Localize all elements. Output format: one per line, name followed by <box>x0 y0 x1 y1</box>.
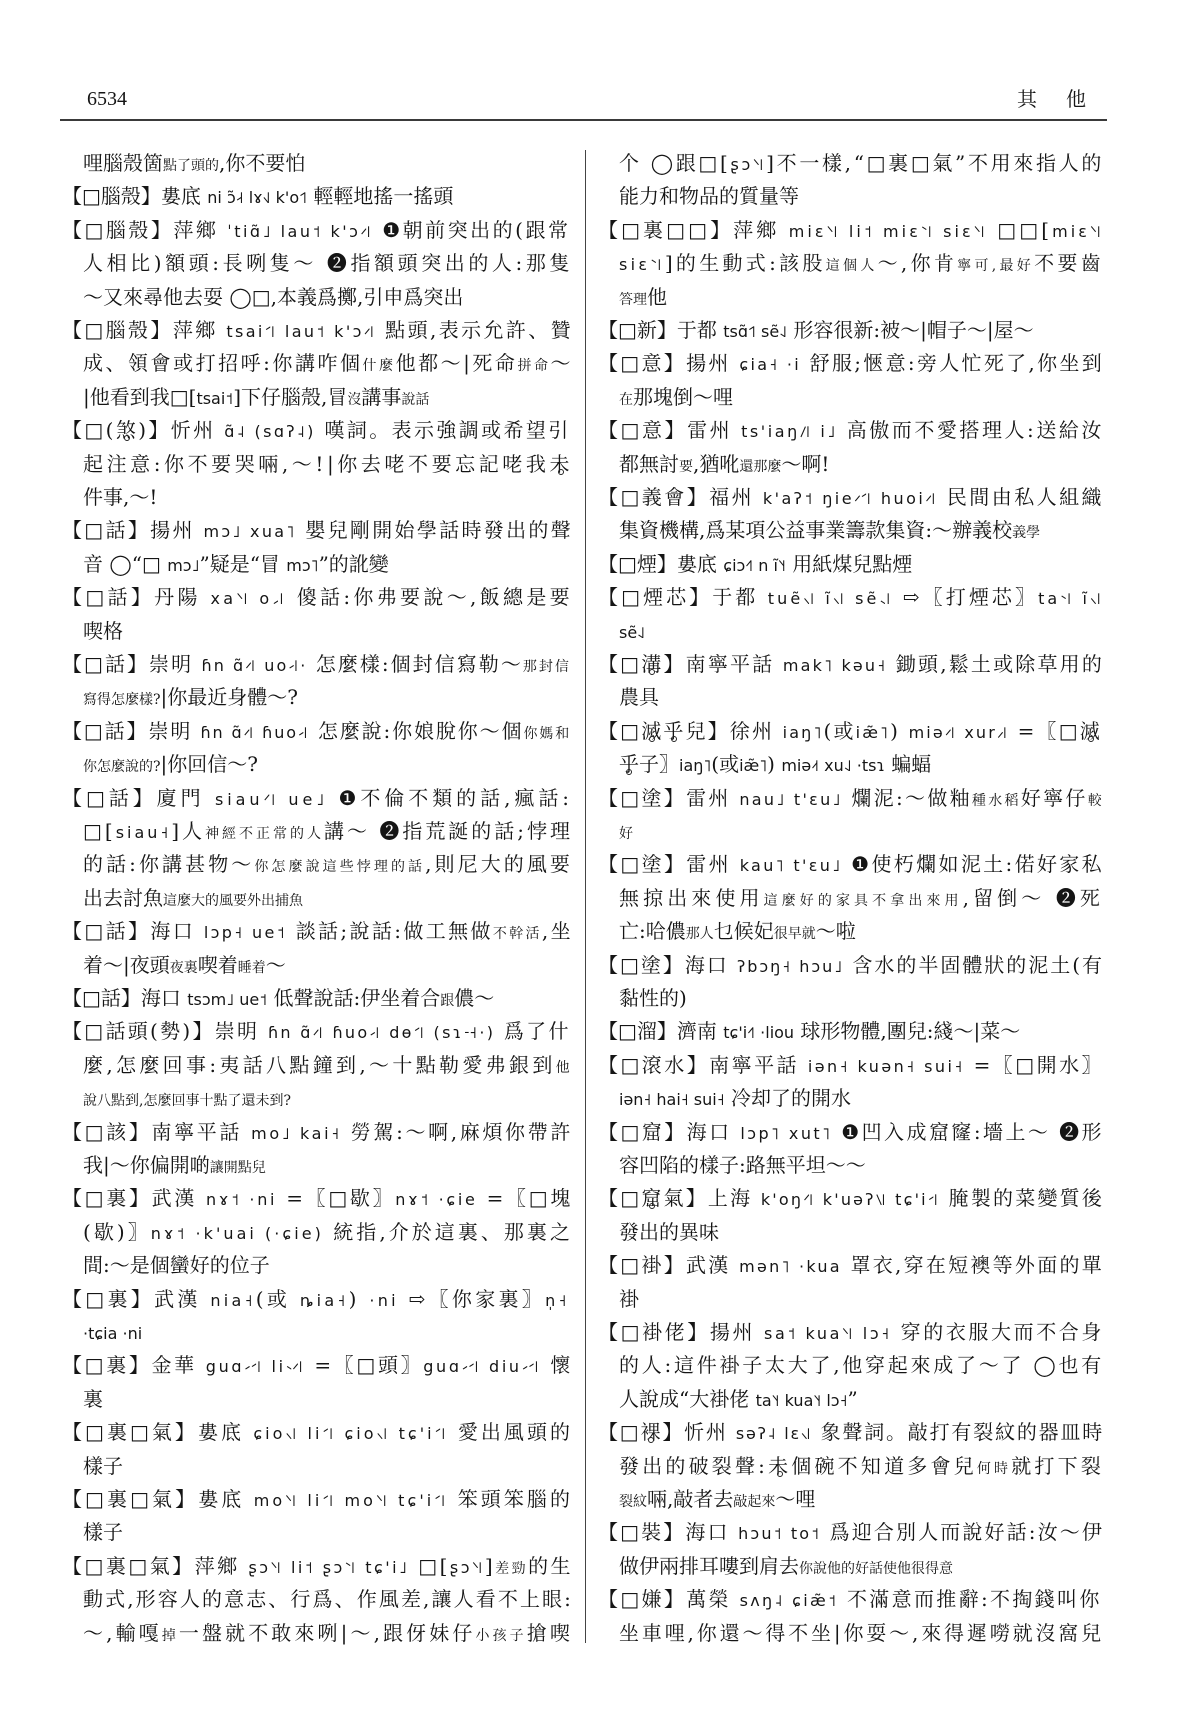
phonetic-transcription: nɤ˦ ·ni <box>206 1190 277 1209</box>
line-content: 在那塊倒～哩 <box>619 381 733 417</box>
entry-text: 成、領會或打招呼:你講咋個 <box>83 351 363 375</box>
phonetic-transcription: mo˩ kai˧ <box>251 1124 342 1143</box>
entry-line: 【□裏】金華 guɑ˨˧˦ li˧˨˦ =〖□頭〗guɑ˨˧˦ diu˨˧˦ 懷 <box>62 1349 573 1382</box>
line-content: 【□塗】雷州 kau˥ t'ɛu˩ ❶使朽爛如泥土:偌好家私 <box>598 848 1104 882</box>
entry-text: 那塊倒～哩 <box>633 385 733 409</box>
entry-continuation-line: 動式,形容人的意志、行爲、作風差,讓人看不上眼: <box>62 1583 573 1616</box>
entry-text: 乜候妃 <box>714 919 774 943</box>
line-content: 【□裸】忻州 səʔ˨ lɛ˧˩ 象聲詞。敲打有裂紋的器皿時 <box>598 1416 1104 1450</box>
entry-text: 哩腦殼箇 <box>83 151 163 175</box>
line-content: 【□滾水】南寧平話 iən˧ kuən˧ sui˧ =〖□開水〗 <box>598 1049 1104 1083</box>
phonetic-transcription: ʂɔ˥˧ <box>730 155 766 174</box>
entry-text: 怎麼說:你娘脫你～個 <box>310 719 524 743</box>
entry-text: 搶喫 <box>527 1621 573 1645</box>
entry-text: 的話:你講甚物～ <box>83 852 254 876</box>
line-content: 【□褂佬】揚州 sa˦ kua˥˧ lɔ˧ 穿的衣服大而不合身 <box>598 1316 1104 1350</box>
line-content: 坐車哩,你還～得不坐|你耍～,來得遲嘮就沒窩兒 <box>619 1617 1104 1650</box>
entry-text: 兒】徐州 <box>686 719 783 743</box>
ring-marked-character: 滅 <box>641 719 663 743</box>
entry-line: 【□腦殼】萍鄉 tsai˦˥ lau˦ k'ɔ˨˦ 點頭,表示允許、贊 <box>62 314 573 347</box>
phonetic-transcription: ɑ̃˨ (sɑʔ˨) <box>224 422 316 441</box>
entry-continuation-line: 寫得怎麼樣?|你最近身體～? <box>62 681 573 714</box>
line-content: 【□裏】武漢 nia˧(或 ȵia˧) ·ni ⇨〖你家裏〗n̩˧ <box>62 1283 570 1317</box>
entry-continuation-line: 容凹陷的樣子:路無平坦～～ <box>598 1149 1104 1182</box>
entry-text: (或 <box>256 1287 300 1311</box>
line-content: 着～|夜頭夜裏喫着睡着～ <box>83 949 286 985</box>
entry-continuation-line: 的人:這件褂子太大了,他穿起來成了～了 ◯也有 <box>598 1349 1104 1382</box>
entry-text: 【□ <box>598 1420 641 1444</box>
line-content: 麼,怎麼回事:夷話八點鐘到,～十點勒愛弗銀到他 <box>83 1049 573 1085</box>
line-content: 動式,形容人的意志、行爲、作風差,讓人看不上眼: <box>83 1583 573 1616</box>
section-title: 其他 <box>1017 88 1115 110</box>
phonetic-transcription: iaŋ˥ <box>783 723 824 742</box>
entry-continuation-line: 樣子 <box>62 1516 573 1549</box>
entry-continuation-line: 成、領會或打招呼:你講咋個什麼他都～|死命拼命～ <box>62 347 573 380</box>
line-content: 【□話】海口 tsɔm˩ ue˦ 低聲說話:伊坐着合跟儂～ <box>62 982 494 1018</box>
entry-line: 【□褂】武漢 mən˥ ·kua 罩衣,穿在短襖等外面的單 <box>598 1249 1104 1282</box>
phonetic-transcription: miə˨˦ xur˩˧ <box>909 723 1010 742</box>
phonetic-transcription: kau˥ t'ɛu˩ <box>740 856 843 875</box>
entry-text: 的人:這件褂子太大了,他穿起來成了～了 ◯也有 <box>619 1353 1104 1377</box>
phonetic-transcription: ʂɔ˥˧ <box>450 1558 485 1577</box>
entry-line: 【□裝】海口 hɔu˦ to˦ 爲迎合別人而說好話:汝～伊 <box>598 1516 1104 1549</box>
ring-marked-character: 滅 <box>1080 719 1102 743</box>
entry-text: 【□腦殼】萍鄉 <box>62 218 227 242</box>
entry-text: ]人 <box>171 819 205 843</box>
phonetic-transcription: mɔ˩ <box>167 556 199 575</box>
entry-line: 【□窟氣】上海 k'oŋ˧˥ k'uəʔ˥˩ tɕ'i˧˦ 腌製的菜變質後 <box>598 1182 1104 1215</box>
entry-line: 【□意】揚州 ɕia˧ ·i 舒服;愜意:旁人忙死了,你坐到 <box>598 347 1104 380</box>
line-content: 集資機構,爲某項公益事業籌款集資:～辦義校義學 <box>619 514 1040 550</box>
phonetic-transcription: iæ̃˥ <box>856 723 891 742</box>
line-content: 【□裏】武漢 nɤ˦ ·ni =〖□歇〗nɤ˦ ·ɕie =〖□塊 <box>62 1182 573 1216</box>
entry-line: 【□義會】福州 k'aʔ˦ ŋie˨˦˥ huoi˨˦ 民間由私人組織 <box>598 481 1104 514</box>
entry-text: )】忻州 <box>138 418 224 442</box>
entry-text: 形容很新:被～|帽子～|屋～ <box>787 318 1034 342</box>
gloss-text: 在 <box>619 392 633 408</box>
phonetic-transcription: iən˧ kuən˧ sui˧ <box>808 1057 965 1076</box>
gloss-text: 掉 <box>162 1628 179 1644</box>
entry-text: 【□塗】雷州 <box>598 852 740 876</box>
entry-continuation-line: 裏 <box>62 1383 573 1416</box>
entry-text: 好寧仔 <box>1021 786 1088 810</box>
line-content: 【□裏□氣】婁底 mo˥˧ li˦˥ mo˥˧ tɕ'i˦˥ 笨頭笨腦的 <box>62 1483 573 1517</box>
entry-text: 愛出風頭的 <box>449 1420 573 1444</box>
entry-text: 【□話頭(勢)】崇明 <box>62 1019 268 1043</box>
entry-text: 樣子 <box>83 1520 123 1544</box>
entry-continuation-line: 哩腦殼箇點了頭的,你不要怕 <box>62 147 573 180</box>
line-content: 【□話】崇明 ɦn ɑ̃˨˦ ɦuo˨˧ 怎麼說:你娘脫你～個你媽和 <box>62 715 571 751</box>
gloss-text: 你怎麼說的? <box>83 759 161 775</box>
entry-continuation-line: 人相比)額頭:長咧隻～ ❷指額頭突出的人:那隻 <box>62 247 573 280</box>
entry-text: ～,你肯 <box>878 251 958 275</box>
entry-text: 我|～你偏開啲 <box>83 1153 210 1177</box>
entry-text: 【□裏□氣】萍鄉 <box>62 1554 248 1578</box>
ring-marked-character: 溝 <box>641 652 663 676</box>
line-content: 音 ◯“□ mɔ˩”疑是“冒 mɔ˥”的訛變 <box>83 548 389 582</box>
entry-text: ～又來尋他去耍 ◯□,本義爲擲,引申爲突出 <box>83 285 463 309</box>
line-content: 乎子〗iaŋ˥(或iæ̃˥) miə˨˦ xu˨˩ ·tsɿ 蝙蝠 <box>619 748 931 782</box>
entry-continuation-line: ～又來尋他去耍 ◯□,本義爲擲,引申爲突出 <box>62 281 573 314</box>
ring-marked-character: 未 <box>768 1454 791 1478</box>
phonetic-transcription: ɕiɔ˧˥ n ĩ˥˧ <box>723 556 786 575</box>
line-content: 農具 <box>619 681 659 714</box>
line-content: 【□裏】金華 guɑ˨˧˦ li˧˨˦ =〖□頭〗guɑ˨˧˦ diu˨˧˦ 懷 <box>62 1349 573 1383</box>
phonetic-transcription: ˈtiɑ̃˩ lau˦ k'ɔ˨˦ <box>227 222 373 241</box>
phonetic-transcription: ni ɔ̃˨˧ lɤ˧˩ k'o˦˥ <box>207 188 307 207</box>
entry-text: ,則尼大的風要 <box>425 852 573 876</box>
entry-line: 【□腦殼】萍鄉 ˈtiɑ̃˩ lau˦ k'ɔ˨˦ ❶朝前突出的(跟常 <box>62 214 573 247</box>
gloss-text: 夜裏 <box>170 960 198 976</box>
entry-text: =〖□開水〗 <box>965 1053 1104 1077</box>
line-content: 【□窟氣】上海 k'oŋ˧˥ k'uəʔ˥˩ tɕ'i˧˦ 腌製的菜變質後 <box>598 1182 1104 1216</box>
line-content: 容凹陷的樣子:路無平坦～～ <box>619 1149 866 1182</box>
line-content: iən˧ hai˧ sui˧ 冷却了的開水 <box>619 1082 851 1116</box>
entry-text: 氣】上海 <box>664 1186 761 1210</box>
gloss-text: 要 <box>679 459 693 475</box>
entry-continuation-line: 坐車哩,你還～得不坐|你耍～,來得遲嘮就沒窩兒 <box>598 1617 1104 1650</box>
entry-text: 不滿意而推辭:不掏錢叫你 <box>838 1587 1101 1611</box>
entry-line: 【□裸】忻州 səʔ˨ lɛ˧˩ 象聲詞。敲打有裂紋的器皿時 <box>598 1416 1104 1449</box>
ring-marked-character: 裸 <box>641 1420 663 1444</box>
line-content: 【□溜】濟南 tɕ'i˧˥ ·liou 球形物體,團兒:綫～|菜～ <box>598 1015 1020 1049</box>
phonetic-transcription: ɕio˧˩ li˦˥ ɕio˧˩ tɕ'i˦˥ <box>253 1424 448 1443</box>
entry-text: ❶凹入成窟窿:墻上～ ❷形 <box>832 1120 1104 1144</box>
phonetic-transcription: ʔbɔŋ˧ hɔu˩ <box>737 957 844 976</box>
phonetic-transcription: hɔu˦ to˦ <box>738 1524 821 1543</box>
line-content: 裂紋啢,敲者去敲起來～哩 <box>619 1483 815 1519</box>
phonetic-transcription: sʌŋ˨ ɕiæ̃˦ <box>740 1591 839 1610</box>
gloss-text: 點了頭的 <box>163 158 219 174</box>
line-content: 【□嫌】萬榮 sʌŋ˨ ɕiæ̃˦ 不滿意而推辭:不掏錢叫你 <box>598 1583 1102 1617</box>
phonetic-transcription: nia˧ <box>210 1291 255 1310</box>
phonetic-transcription: miɛ˥˧ <box>1052 222 1104 241</box>
entry-text: 【□裝】海口 <box>598 1520 738 1544</box>
entry-text: 【□意】揚州 <box>598 351 739 375</box>
gloss-text: 裂紋 <box>619 1494 647 1510</box>
phonetic-transcription: ɦn ɑ̃˨˦ ɦuo˨˧ dɵ˦˥ (sɿ˧˧·) <box>268 1023 495 1042</box>
phonetic-transcription: ɦn ɑ̃˨˦ ɦuo˨˧ <box>200 723 309 742</box>
entry-text: 傻話:你弗要說～,飯總是要 <box>287 585 573 609</box>
entry-text: 講～ ❷指荒誕的話;悖理 <box>324 819 573 843</box>
line-content: 喫格 <box>83 615 123 648</box>
phonetic-transcription: tuẽ˧˩ ĩ˧˩ sẽ˨˩ <box>768 589 894 608</box>
line-content: 【□裏□氣】萍鄉 ʂɔ˥˧ li˦ ʂɔ˥˦ tɕ'i˩ □[ʂɔ˥˧]差勁的生 <box>62 1550 573 1586</box>
phonetic-transcription: ts'iaŋ˩˥ i˩ <box>741 422 838 441</box>
entry-continuation-line: 都無討要,猶吪還那麼～啊! <box>598 448 1104 481</box>
line-content: 【□話】崇明 ɦn ɑ̃˨˦ uo˨˧· 怎麼樣:個封信寫勒～那封信 <box>62 648 571 684</box>
line-content: 【□塗】海口 ʔbɔŋ˧ hɔu˩ 含水的半固體狀的泥土(有 <box>598 949 1104 983</box>
line-content: 寫得怎麼樣?|你最近身體～? <box>83 681 298 717</box>
entry-text: 懷 <box>541 1353 573 1377</box>
gloss-text: 不幹活 <box>493 926 542 942</box>
line-content: 人相比)額頭:長咧隻～ ❷指額頭突出的人:那隻 <box>83 247 573 280</box>
entry-text: ) <box>767 752 781 776</box>
entry-text: 【□滾水】南寧平話 <box>598 1053 808 1077</box>
entry-text: ]的生動式:該股 <box>665 251 826 275</box>
phonetic-transcription: siɛ˥˦ <box>619 255 665 274</box>
line-content: 能力和物品的質量等 <box>619 180 799 213</box>
line-content: 樣子 <box>83 1450 123 1483</box>
line-content: 【□意】揚州 ɕia˧ ·i 舒服;愜意:旁人忙死了,你坐到 <box>598 347 1104 381</box>
entry-text: 的生 <box>528 1554 573 1578</box>
entry-text: 用紙煤兒點煙 <box>786 552 912 576</box>
gloss-text: 讓開點兒 <box>210 1160 266 1176</box>
gloss-text: 這麼好的家具不拿出來用 <box>764 893 963 909</box>
gloss-text: 種水稻 <box>972 793 1021 809</box>
line-content: siɛ˥˦]的生動式:該股這個人～,你肯寧可,最好不要齒 <box>619 247 1104 283</box>
line-content: 【□話】丹陽 xa˥˧ o˩˨ 傻話:你弗要說～,飯總是要 <box>62 581 573 615</box>
entry-line: 【□滾水】南寧平話 iən˧ kuən˧ sui˧ =〖□開水〗 <box>598 1049 1104 1082</box>
gloss-text: 你說他的好話使他很得意 <box>799 1561 953 1577</box>
entry-line: 【□煙芯】于都 tuẽ˧˩ ĩ˧˩ sẽ˨˩ ⇨〖打煙芯〗ta˦˧ ĩ˧˩ <box>598 581 1104 614</box>
line-content: sẽ˨˩ <box>619 615 645 649</box>
entry-text: 笨頭笨腦的 <box>448 1487 573 1511</box>
entry-text: 個碗不知道多會兒 <box>791 1454 977 1478</box>
phonetic-transcription: ·ni <box>369 1291 399 1310</box>
phonetic-transcription: səʔ˨ lɛ˧˩ <box>736 1424 813 1443</box>
phonetic-transcription: nɤ˦ ·ɕie <box>395 1190 477 1209</box>
phonetic-transcription: nau˩ t'ɛu˩ <box>739 790 842 809</box>
phonetic-transcription: ta˦˧ ĩ˧˩ <box>1038 589 1104 608</box>
entry-text: 件事,～! <box>83 485 157 509</box>
entry-continuation-line: (歇)〗nɤ˦ ·k'uai (·ɕie) 統指,介於這裏、那裏之 <box>62 1216 573 1249</box>
line-content: 的話:你講甚物～你怎麼說這些悖理的話,則尼大的風要 <box>83 848 573 884</box>
entry-continuation-line: 人說成“大褂佬 ta˥˧ kua˥˧ lɔ˧” <box>598 1383 1104 1416</box>
entry-continuation-line: 農具 <box>598 681 1104 714</box>
entry-text: 【□腦殼】婁底 <box>62 184 207 208</box>
phonetic-transcription: lɔp˧ ue˦ <box>204 923 287 942</box>
entry-continuation-line: 答理他 <box>598 281 1104 314</box>
entry-continuation-line: 做伊兩排耳嘍到肩去你說他的好話使他很得意 <box>598 1550 1104 1583</box>
phonetic-transcription: k'oŋ˧˥ k'uəʔ˥˩ tɕ'i˧˦ <box>761 1190 940 1209</box>
entry-continuation-line: 能力和物品的質量等 <box>598 180 1104 213</box>
line-content: 【□裏□□】萍鄉 miɛ˥˧ li˦ miɛ˥˦ siɛ˥˧ □□[miɛ˥˧ <box>598 214 1104 248</box>
entry-text: 爲了什 <box>495 1019 571 1043</box>
gloss-text: 那人 <box>686 926 714 942</box>
line-content: 【□褂】武漢 mən˥ ·kua 罩衣,穿在短襖等外面的單 <box>598 1249 1104 1283</box>
entry-continuation-line: 裂紋啢,敲者去敲起來～哩 <box>598 1483 1104 1516</box>
entry-line: 【□意】雷州 ts'iaŋ˩˥ i˩ 高傲而不愛搭理人:送給汝 <box>598 414 1104 447</box>
entry-text: 爛泥:～做粙 <box>843 786 972 810</box>
phonetic-transcription: mɔ˥ <box>286 556 318 575</box>
entry-text: ❶朝前突出的(跟常 <box>373 218 570 242</box>
line-content: 【□(煞)】忻州 ɑ̃˨ (sɑʔ˨) 嘆詞。表示強調或希望引 <box>62 414 571 448</box>
entry-line: 【□滅乎兒】徐州 iaŋ˥(或iæ̃˥) miə˨˦ xur˩˧ =〖□滅 <box>598 715 1104 748</box>
entry-text: 勞駕:～啊,麻煩你帶許 <box>342 1120 573 1144</box>
entry-continuation-line: 好 <box>598 815 1104 848</box>
entry-text: 爲迎合別人而說好話:汝～伊 <box>821 1520 1104 1544</box>
entry-text: 人相比)額頭:長咧隻～ ❷指額頭突出的人:那隻 <box>83 251 573 275</box>
gloss-text: 較 <box>1088 793 1104 809</box>
entry-text: 穿的衣服大而不合身 <box>892 1320 1104 1344</box>
entry-text: ～啦 <box>816 919 856 943</box>
entry-continuation-line: 着～|夜頭夜裏喫着睡着～ <box>62 949 573 982</box>
entry-line: 【□話】廈門 siau˧˥ ue˩ ❶不倫不類的話,瘋話: <box>62 782 573 815</box>
entry-text: 亡:哈儂 <box>619 919 686 943</box>
entry-text: 【□話】崇明 <box>62 652 202 676</box>
phonetic-transcription: ·tɕia ·ni <box>83 1324 142 1343</box>
entry-text: ] <box>485 1554 495 1578</box>
phonetic-transcription: lɔp˥ xut˥ <box>740 1124 832 1143</box>
entry-continuation-line: 在那塊倒～哩 <box>598 381 1104 414</box>
phonetic-transcription: sa˦ kua˥˧ lɔ˧ <box>764 1324 892 1343</box>
entry-text: 【□話】廈門 <box>62 786 215 810</box>
entry-continuation-line: 黏性的) <box>598 982 1104 1015</box>
gloss-text: 差勁 <box>495 1561 528 1577</box>
entry-text: ]不一樣,“□裏□氣”不用來指人的 <box>766 151 1104 175</box>
entry-continuation-line: 起注意:你不要哭啢,～!|你去咾不要忘記咾我未 <box>62 448 573 481</box>
entry-text: 【□裏□□】萍鄉 <box>598 218 789 242</box>
entry-line: 【□裏□氣】萍鄉 ʂɔ˥˧ li˦ ʂɔ˥˦ tɕ'i˩ □[ʂɔ˥˧]差勁的生 <box>62 1550 573 1583</box>
entry-text: 動式,形容人的意志、行爲、作風差,讓人看不上眼: <box>83 1587 573 1611</box>
entry-text: 【□ <box>598 719 641 743</box>
line-content: ～又來尋他去耍 ◯□,本義爲擲,引申爲突出 <box>83 281 463 314</box>
ring-marked-character: 乎 <box>663 719 685 743</box>
entry-text: 啢,敲者去 <box>647 1487 733 1511</box>
entry-text: □[ <box>83 819 116 843</box>
entry-text: 【□褂佬】揚州 <box>598 1320 764 1344</box>
entry-text: ” <box>847 1387 857 1411</box>
line-content: |他看到我□[tsai˦]下仔腦殼,冒沒講事說話 <box>83 381 429 417</box>
entry-text: 【□裏□氣】婁底 <box>62 1487 254 1511</box>
line-content: 答理他 <box>619 281 667 317</box>
entry-text: 能力和物品的質量等 <box>619 184 799 208</box>
entry-text: 褂 <box>619 1287 639 1311</box>
entry-line: 【□新】于都 tsɑ̃˦˥ sẽ˨˩ 形容很新:被～|帽子～|屋～ <box>598 314 1104 347</box>
entry-text: 鋤頭,鬆土或除草用的 <box>887 652 1104 676</box>
entry-text: =〖□塊 <box>478 1186 573 1210</box>
gloss-text: 敲起來 <box>733 1494 775 1510</box>
phonetic-transcription: nɤ˦ ·k'uai (·ɕie) <box>151 1224 324 1243</box>
line-content: 起注意:你不要哭啢,～!|你去咾不要忘記咾我未 <box>83 448 573 481</box>
entry-text: |你最近身體～? <box>161 685 298 709</box>
line-content: 無掠出來使用這麼好的家具不拿出來用,留倒～ ❷死 <box>619 882 1104 918</box>
entry-text: 含水的半固體狀的泥土(有 <box>844 953 1104 977</box>
line-content: 【□腦殼】萍鄉 ˈtiɑ̃˩ lau˦ k'ɔ˨˦ ❶朝前突出的(跟常 <box>62 214 570 248</box>
line-content: 【□腦殼】萍鄉 tsai˦˥ lau˦ k'ɔ˨˦ 點頭,表示允許、贊 <box>62 314 573 348</box>
entry-text: ,留倒～ ❷死 <box>963 886 1104 910</box>
entry-line: 【□(煞)】忻州 ɑ̃˨ (sɑʔ˨) 嘆詞。表示強調或希望引 <box>62 414 573 447</box>
left-column: 哩腦殼箇點了頭的,你不要怕【□腦殼】婁底 ni ɔ̃˨˧ lɤ˧˩ k'o˦˥ … <box>62 147 573 1657</box>
line-content: 【□腦殼】婁底 ni ɔ̃˨˧ lɤ˧˩ k'o˦˥ 輕輕地搖一搖頭 <box>62 180 453 214</box>
entry-line: 【□話】丹陽 xa˥˧ o˩˨ 傻話:你弗要說～,飯總是要 <box>62 581 573 614</box>
phonetic-transcription: tsɔm˩ ue˦ <box>187 990 267 1009</box>
entry-text: 子〗 <box>639 752 679 776</box>
entry-text: 發出的破裂聲: <box>619 1454 768 1478</box>
entry-continuation-line: 發出的異味 <box>598 1216 1104 1249</box>
gloss-text: 這個人 <box>826 258 878 274</box>
ring-marked-character: 煞 <box>116 418 138 442</box>
entry-text: 黏性的) <box>619 986 687 1010</box>
page-number: 6534 <box>87 88 127 110</box>
entry-text: 都無討 <box>619 452 679 476</box>
entry-text: 冷却了的開水 <box>725 1086 851 1110</box>
entry-text: 間:～是個蠻好的位子 <box>83 1253 270 1277</box>
entry-text: 【□裏□氣】婁底 <box>62 1420 253 1444</box>
line-content: 好 <box>619 815 633 851</box>
phonetic-transcription: tsai˦˥ lau˦ k'ɔ˨˦ <box>226 322 376 341</box>
gloss-text: 拼命 <box>517 358 550 374</box>
phonetic-transcription: ta˥˧ kua˥˧ lɔ˧ <box>756 1391 848 1410</box>
entry-text: 喫着 <box>198 953 238 977</box>
entry-line: 【□溜】濟南 tɕ'i˧˥ ·liou 球形物體,團兒:綫～|菜～ <box>598 1015 1104 1048</box>
entry-line: 【□腦殼】婁底 ni ɔ̃˨˧ lɤ˧˩ k'o˦˥ 輕輕地搖一搖頭 <box>62 180 573 213</box>
entry-text: 怎麼樣:個封信寫勒～ <box>307 652 523 676</box>
entry-line: 【□話】崇明 ɦn ɑ̃˨˦ uo˨˧· 怎麼樣:個封信寫勒～那封信 <box>62 648 573 681</box>
entry-text: 罩衣,穿在短襖等外面的單 <box>842 1253 1104 1277</box>
entry-text: 【□褂】武漢 <box>598 1253 739 1277</box>
line-content: 【□煙】婁底 ɕiɔ˧˥ n ĩ˥˧ 用紙煤兒點煙 <box>598 548 912 582</box>
entry-continuation-line: 的話:你講甚物～你怎麼說這些悖理的話,則尼大的風要 <box>62 848 573 881</box>
entry-line: 【□話】揚州 mɔ˩ xua˥ 嬰兒剛開始學話時發出的聲 <box>62 514 573 547</box>
gloss-text: 那封信 <box>523 659 571 675</box>
phonetic-transcription: ʂɔ˥˧ li˦ ʂɔ˥˦ tɕ'i˩ <box>248 1558 409 1577</box>
entry-text: 點頭,表示允許、贊 <box>376 318 573 342</box>
entry-text: 【□煙芯】于都 <box>598 585 768 609</box>
entry-text: 【□裏】武漢 <box>62 1186 206 1210</box>
line-content: 發出的異味 <box>619 1216 719 1249</box>
entry-text: 民間由私人組織 <box>938 485 1104 509</box>
line-content: 成、領會或打招呼:你講咋個什麼他都～|死命拼命～ <box>83 347 573 383</box>
entry-text: 【□裏】金華 <box>62 1353 206 1377</box>
entry-text: ～ <box>550 351 573 375</box>
entry-continuation-line: 樣子 <box>62 1450 573 1483</box>
entry-text: 【□溜】濟南 <box>598 1019 723 1043</box>
line-content: 【□滅乎兒】徐州 iaŋ˥(或iæ̃˥) miə˨˦ xur˩˧ =〖□滅 <box>598 715 1102 749</box>
phonetic-transcription: siau˧˥ ue˩ <box>215 790 328 809</box>
entry-line: 【□話】海口 tsɔm˩ ue˦ 低聲說話:伊坐着合跟儂～ <box>62 982 573 1015</box>
entry-text: 裏 <box>83 1387 103 1411</box>
dictionary-page: 6534 其他 哩腦殼箇點了頭的,你不要怕【□腦殼】婁底 ni ɔ̃˨˧ lɤ˧… <box>0 0 1200 1724</box>
entry-text: =〖□歇〗 <box>277 1186 395 1210</box>
gloss-text: 還那麼 <box>739 459 781 475</box>
phonetic-transcription: iæ̃˥ <box>739 756 767 775</box>
line-content: 【□裏□氣】婁底 ɕio˧˩ li˦˥ ɕio˧˩ tɕ'i˦˥ 愛出風頭的 <box>62 1416 573 1450</box>
phonetic-transcription: iən˧ hai˧ sui˧ <box>619 1090 725 1109</box>
entry-line: 【□裏□氣】婁底 mo˥˧ li˦˥ mo˥˧ tɕ'i˦˥ 笨頭笨腦的 <box>62 1483 573 1516</box>
entry-text: 着～|夜頭 <box>83 953 170 977</box>
entry-text: =〖□ <box>1009 719 1080 743</box>
entry-line: 【□褂佬】揚州 sa˦ kua˥˧ lɔ˧ 穿的衣服大而不合身 <box>598 1316 1104 1349</box>
entry-continuation-line: 無掠出來使用這麼好的家具不拿出來用,留倒～ ❷死 <box>598 882 1104 915</box>
entry-continuation-line: 你怎麼說的?|你回信～? <box>62 748 573 781</box>
entry-text: ”的訛變 <box>319 552 389 576</box>
entry-text: 喫格 <box>83 619 123 643</box>
line-content: 說八點到,怎麼回事十點了還未到? <box>83 1082 291 1118</box>
entry-text: 就打下裂 <box>1011 1454 1104 1478</box>
ring-marked-character: 未 <box>549 452 573 476</box>
entry-text: ,坐 <box>542 919 573 943</box>
entry-text: 个 ◯跟□[ <box>619 151 730 175</box>
phonetic-transcription: mən˥ ·kua <box>739 1257 842 1276</box>
entry-text: 舒服;愜意:旁人忙死了,你坐到 <box>801 351 1104 375</box>
gloss-text: 義學 <box>1012 525 1040 541</box>
entry-text: ～ <box>266 953 286 977</box>
entry-text: 坐車哩,你還～得不坐|你耍～,來得遲嘮就沒窩兒 <box>619 1621 1104 1645</box>
phonetic-transcription: siau˧ <box>116 823 172 842</box>
entry-text: 麼,怎麼回事:夷話八點鐘到,～十點勒愛弗銀到 <box>83 1053 556 1077</box>
line-content: 【□溝】南寧平話 mak˥ kəu˧ 鋤頭,鬆土或除草用的 <box>598 648 1104 682</box>
gloss-text: 答理 <box>619 292 647 308</box>
gloss-text: 你媽和 <box>523 726 571 742</box>
line-content: 褂 <box>619 1283 639 1316</box>
right-column: 个 ◯跟□[ʂɔ˥˧]不一樣,“□裏□氣”不用來指人的能力和物品的質量等【□裏□… <box>598 147 1104 1657</box>
entry-text: 【□裏】武漢 <box>62 1287 210 1311</box>
gloss-text: 寫得怎麼樣? <box>83 692 161 708</box>
entry-text: 【□新】于都 <box>598 318 723 342</box>
gloss-text: 這麼大的風要外出捕魚 <box>163 893 303 909</box>
